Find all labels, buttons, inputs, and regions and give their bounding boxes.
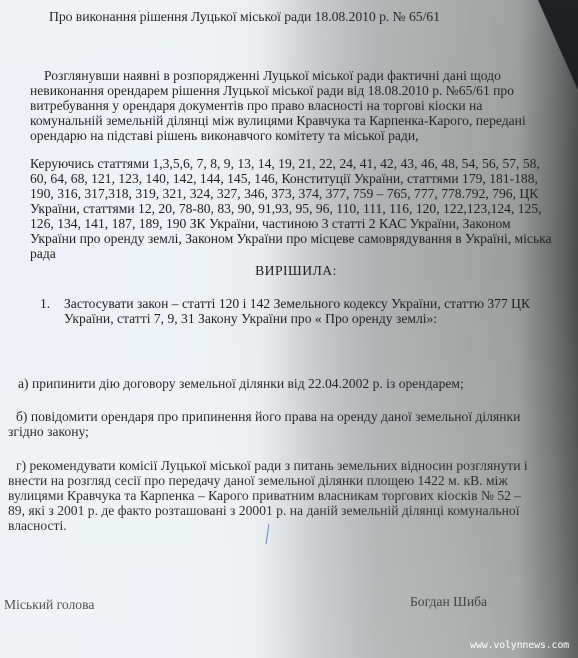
sub-g-line: 89, які з 2001 р. де факто розташовані з…	[8, 503, 528, 518]
decision-heading: ВИРІШИЛА:	[0, 263, 578, 279]
intro-line: витребування у орендаря документів про п…	[30, 98, 526, 113]
decision-item-1: 1.Застосувати закон – статті 120 і 142 З…	[40, 296, 530, 326]
item-1-text: Застосувати закон – статті 120 і 142 Зем…	[64, 296, 530, 311]
document-title: Про виконання рішення Луцької міської ра…	[49, 9, 440, 24]
watermark: www.volynnews.com	[470, 640, 569, 651]
sub-item-a: а) припинити дію договору земельної діля…	[18, 376, 464, 391]
page-corner-background	[538, 0, 578, 90]
basis-line: Керуючись статтями 1,3,5,6, 7, 8, 9, 13,…	[30, 156, 552, 171]
sub-item-g: г) рекомендувати комісії Луцької міської…	[8, 458, 528, 533]
item-number: 1.	[40, 296, 64, 311]
intro-line: орендарю на підставі рішень виконавчого …	[30, 128, 526, 143]
basis-line: 126, 134, 141, 187, 189, 190 ЗК України,…	[30, 216, 552, 231]
sub-a-line: а) припинити дію договору земельної діля…	[18, 376, 464, 391]
document-page: ˏ Про виконання рішення Луцької міської …	[0, 0, 578, 658]
sub-g-line: внести на розгляд сесії про передачу дан…	[8, 473, 528, 488]
signature-name: Богдан Шиба	[410, 594, 487, 610]
sub-g-line: г) рекомендувати комісії Луцької міської…	[8, 458, 528, 473]
intro-paragraph: Розглянувши наявні в розпорядженні Луцьк…	[30, 68, 526, 143]
intro-line: Розглянувши наявні в розпорядженні Луцьк…	[30, 68, 526, 83]
sub-b-line: б) повідомити орендаря про припинення йо…	[8, 409, 520, 424]
sub-item-b: б) повідомити орендаря про припинення йо…	[8, 409, 520, 439]
basis-line: рада	[30, 246, 552, 261]
intro-line: невиконання орендарем рішення Луцької мі…	[30, 83, 526, 98]
item-1-line: 1.Застосувати закон – статті 120 і 142 З…	[40, 296, 530, 311]
basis-line: 190, 316, 317,318, 319, 321, 324, 327, 3…	[30, 186, 552, 201]
intro-line: комунальній земельній ділянці між вулиця…	[30, 113, 526, 128]
signature-position: Міський голова	[4, 597, 94, 613]
legal-basis-paragraph: Керуючись статтями 1,3,5,6, 7, 8, 9, 13,…	[30, 156, 552, 261]
sub-g-line: вулицями Кравчука та Карпенка – Карого п…	[8, 488, 528, 503]
basis-line: 60, 64, 68, 121, 123, 140, 142, 144, 145…	[30, 171, 552, 186]
basis-line: України про оренду землі, Законом Україн…	[30, 231, 552, 246]
sub-b-line: згідно закону;	[8, 424, 520, 439]
page-edge-shadow	[518, 0, 578, 658]
item-1-line: України, статті 7, 9, 31 Закону України …	[40, 311, 530, 326]
basis-line: України, статтями 12, 20, 78-80, 83, 90,…	[30, 201, 552, 216]
